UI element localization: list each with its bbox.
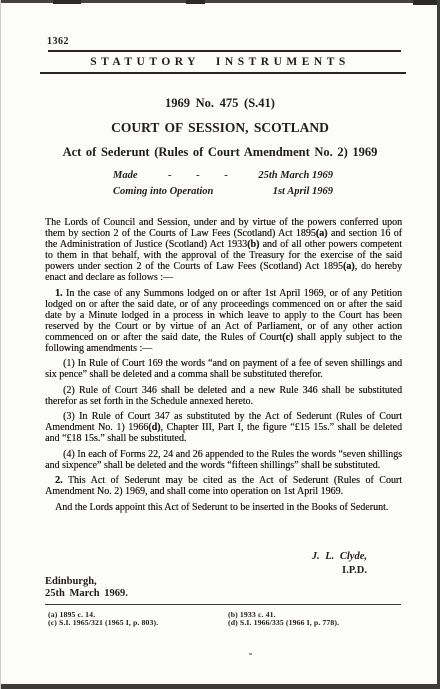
footnote-item: (c) S.I. 1965/321 (1965 I, p. 803). — [48, 619, 220, 627]
made-dashes: - - - — [168, 170, 228, 181]
made-row: Made - - - 25th March 1969 — [113, 170, 333, 181]
made-date: 25th March 1969 — [258, 170, 333, 181]
footnote-rule — [45, 604, 401, 605]
footnote-ref-a: (a) — [316, 228, 328, 239]
jurisdiction-heading: COURT OF SESSION, SCOTLAND — [0, 120, 440, 136]
footnote-text: S.I. 1965/321 (1965 I, p. 803). — [59, 618, 158, 627]
footnote-text: S.I. 1966/335 (1966 I, p. 778). — [240, 618, 339, 627]
section-number: 2. — [55, 475, 63, 486]
scanned-document-page: 1362 STATUTORY INSTRUMENTS 1969 No. 475 … — [0, 0, 440, 689]
footnote-marker: (c) — [48, 618, 57, 627]
footnote-ref-d: (d) — [148, 422, 160, 433]
paragraph-preamble: The Lords of Council and Session, under … — [45, 217, 402, 283]
horizontal-rule-banner — [40, 72, 406, 75]
scan-artifact-blob — [186, 0, 205, 4]
horizontal-rule-top — [48, 50, 401, 52]
instrument-number: 1969 No. 475 (S.41) — [0, 96, 440, 111]
text-run: (1) In Rule of Court 169 the words “and … — [45, 358, 402, 380]
footnote-marker: (d) — [228, 618, 238, 627]
document-body: The Lords of Council and Session, under … — [45, 217, 402, 517]
signature-name: J. L. Clyde, — [45, 551, 367, 562]
paragraph-section-2: 2. This Act of Sederunt may be cited as … — [45, 475, 402, 497]
footnotes-right-column: (b) 1933 c. 41. (d) S.I. 1966/335 (1966 … — [228, 611, 404, 627]
document-title: Act of Sederunt (Rules of Court Amendmen… — [0, 145, 440, 160]
scan-artifact-corner — [413, 0, 440, 5]
subparagraph-4: (4) In each of Forms 22, 24 and 26 appen… — [45, 449, 402, 471]
text-run: (2) Rule of Court 346 shall be deleted a… — [45, 385, 402, 407]
footnote-ref-b: (b) — [247, 239, 259, 250]
paragraph-closing: And the Lords appoint this Act of Sederu… — [45, 502, 402, 513]
subparagraph-3: (3) In Rule of Court 347 as substituted … — [45, 411, 402, 444]
operation-row: Coming into Operation 1st April 1969 — [113, 186, 333, 197]
signature-title: I.P.D. — [45, 565, 367, 576]
footnote-ref-c: (c) — [282, 332, 293, 343]
scan-artifact-blob — [53, 0, 81, 4]
closing-place: Edinburgh, — [45, 576, 97, 587]
footnote-ref-a: (a) — [343, 261, 355, 272]
subparagraph-2: (2) Rule of Court 346 shall be deleted a… — [45, 385, 402, 407]
operation-label: Coming into Operation — [113, 186, 213, 197]
operation-date: 1st April 1969 — [273, 186, 333, 197]
dates-block: Made - - - 25th March 1969 Coming into O… — [113, 170, 333, 201]
subparagraph-1: (1) In Rule of Court 169 the words “and … — [45, 358, 402, 380]
text-run: This Act of Sederunt may be cited as the… — [45, 475, 402, 497]
paragraph-section-1: 1. In the case of any Summons lodged on … — [45, 288, 402, 354]
scan-artifact-speck — [249, 653, 252, 655]
closing-date: 25th March 1969. — [45, 588, 128, 599]
footnotes-left-column: (a) 1895 c. 14. (c) S.I. 1965/321 (1965 … — [48, 611, 220, 627]
made-label: Made — [113, 170, 138, 181]
text-run: And the Lords appoint this Act of Sederu… — [55, 502, 388, 513]
section-number: 1. — [55, 288, 63, 299]
page-number: 1362 — [47, 36, 69, 47]
footnote-item: (d) S.I. 1966/335 (1966 I, p. 778). — [228, 619, 404, 627]
text-run: (4) In each of Forms 22, 24 and 26 appen… — [45, 449, 402, 471]
scan-artifact-bottom-edge — [0, 684, 440, 689]
series-banner: STATUTORY INSTRUMENTS — [0, 56, 440, 68]
